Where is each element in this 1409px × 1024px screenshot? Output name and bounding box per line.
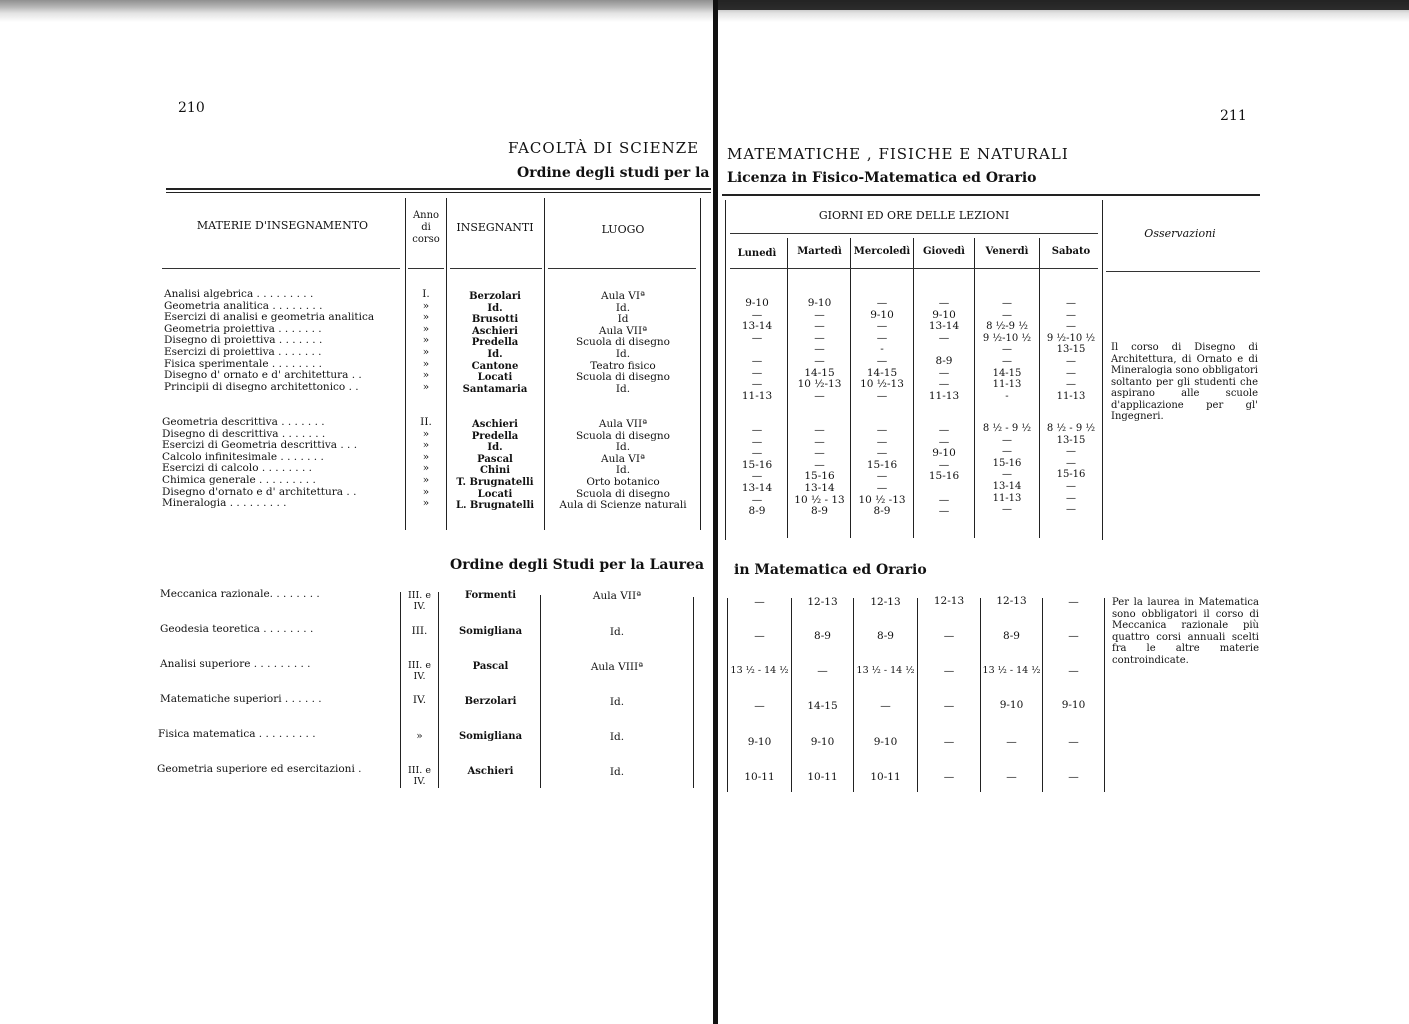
laurea-luogo: Id. [542, 626, 692, 638]
header-anno: Anno di corso [406, 210, 446, 246]
teacher: Id. [448, 303, 542, 315]
year2-subjects: Geometria descrittiva . . . . . . . Dise… [162, 417, 357, 510]
anno: I. [410, 289, 442, 301]
slot: — [975, 298, 1039, 310]
slot: — [727, 425, 787, 437]
slot: — [975, 446, 1039, 458]
laurea-heading-left: Ordine degli Studi per la Laurea [450, 557, 704, 573]
slot: 9 ½-10 ½ [975, 333, 1039, 345]
col-divider [693, 597, 694, 788]
location: Id. [546, 349, 700, 361]
year2-venerdi: 8 ½ - 9 ½ — — 15-16 — 13-14 11-13 — [975, 423, 1039, 516]
year1-insegnanti: Berzolari Id. Brusotti Aschieri Predella… [448, 291, 542, 395]
laurea-anno: IV. [401, 694, 438, 706]
col-divider [727, 598, 728, 792]
slot: 11-13 [975, 493, 1039, 505]
year2-sabato: 8 ½ - 9 ½ 13-15 — — 15-16 — — — [1040, 423, 1102, 516]
teacher: Pascal [448, 454, 542, 466]
slot: — [1043, 736, 1104, 748]
teacher: Santamaria [448, 384, 542, 396]
slot: — [918, 700, 980, 712]
slot: — [918, 630, 980, 642]
year1-lunedi: 9-10 — 13-14 — — — — 11-13 [727, 298, 787, 402]
header-underline [408, 268, 444, 269]
slot: 8-9 [981, 630, 1042, 642]
slot: 13-14 [789, 483, 850, 495]
slot: 8-9 [727, 506, 787, 518]
col-divider [446, 198, 447, 530]
slot: 12-13 [854, 596, 917, 608]
slot: — [1040, 321, 1102, 333]
day-divider [787, 238, 788, 538]
observation-licenza: Il corso di Disegno di Architettura, di … [1111, 342, 1258, 423]
slot: 10 ½-13 [789, 379, 850, 391]
year1-subjects: Analisi algebrica . . . . . . . . . Geom… [164, 289, 374, 393]
slot: — [914, 425, 974, 437]
slot: 8-9 [851, 506, 913, 518]
page-subtitle-right: Licenza in Fisico-Matematica ed Orario [727, 170, 1037, 186]
slot: — [1040, 310, 1102, 322]
subject: Principii di disegno architettonico . . [164, 382, 374, 394]
slot: 11-13 [914, 391, 974, 403]
location: Aula VIª [546, 291, 700, 303]
year1-sabato: — — — 9 ½-10 ½ 13-15 — — — 11-13 [1040, 298, 1102, 402]
anno: » [410, 382, 442, 394]
slot: — [975, 469, 1039, 481]
observation-laurea: Per la laurea in Matematica sono obbliga… [1112, 597, 1259, 666]
slot: 13-14 [975, 481, 1039, 493]
slot: — [975, 310, 1039, 322]
slot: 8-9 [789, 506, 850, 518]
teacher: Brusotti [448, 314, 542, 326]
subject: Geometria descrittiva . . . . . . . [162, 417, 357, 429]
slot: — [851, 483, 913, 495]
teacher: Id. [448, 349, 542, 361]
slot: — [914, 506, 974, 518]
slot: — [914, 379, 974, 391]
slot: 12-13 [792, 596, 853, 608]
day-divider [1042, 598, 1043, 792]
page-title-right: MATEMATICHE , FISICHE E NATURALI [727, 145, 1069, 163]
day-underline [730, 268, 1098, 269]
col-divider [540, 595, 541, 788]
slot: 13-14 [727, 483, 787, 495]
teacher: Chini [448, 465, 542, 477]
col-divider [700, 198, 701, 530]
col-divider [438, 592, 439, 788]
teacher: Predella [448, 431, 542, 443]
slot: 14-15 [975, 368, 1039, 380]
page-number-right: 211 [1220, 108, 1247, 124]
laurea-insegnante: Somigliana [441, 731, 540, 742]
day-header-sabato: Sabato [1040, 246, 1102, 257]
slot: — [1040, 298, 1102, 310]
header-luogo: LUOGO [546, 224, 700, 236]
slot: 15-16 [975, 458, 1039, 470]
slot: — [1040, 379, 1102, 391]
header-anno-1: Anno [406, 210, 446, 222]
laurea-insegnante: Formenti [441, 590, 540, 601]
slot: 9-10 [789, 298, 850, 310]
slot: 11-13 [1040, 391, 1102, 403]
laurea-materia: Analisi superiore . . . . . . . . . [160, 658, 311, 670]
year1-martedi: 9-10 — — — — — 14-15 10 ½-13 — [789, 298, 850, 402]
location: Orto botanico [546, 477, 700, 489]
slot: — [728, 700, 791, 712]
slot: — [918, 771, 980, 783]
anno: » [410, 475, 442, 487]
col-divider [400, 592, 401, 788]
teacher: T. Brugnatelli [448, 477, 542, 489]
slot: — [1040, 481, 1102, 493]
page-subtitle-left: Ordine degli studi per la [517, 165, 709, 181]
location: Aula di Scienze naturali [546, 500, 700, 512]
slot: — [981, 736, 1042, 748]
header-giorni: GIORNI ED ORE DELLE LEZIONI [728, 210, 1100, 222]
laurea-anno: III. e IV. [401, 660, 438, 682]
slot: 10-11 [792, 771, 853, 783]
col-divider [1102, 200, 1103, 540]
laurea-insegnante: Berzolari [441, 696, 540, 707]
teacher: Berzolari [448, 291, 542, 303]
slot: 8-9 [792, 630, 853, 642]
slot: 12-13 [918, 595, 980, 607]
laurea-luogo: Id. [542, 731, 692, 743]
slot: 9-10 [728, 736, 791, 748]
laurea-anno: » [401, 730, 438, 742]
year2-lunedi: — — — 15-16 — 13-14 — 8-9 [727, 425, 787, 518]
subject: Analisi algebrica . . . . . . . . . [164, 289, 374, 301]
slot: — [1043, 771, 1104, 783]
slot: — [975, 435, 1039, 447]
header-rule-right [722, 194, 1260, 196]
slot: 8 ½ - 9 ½ [975, 423, 1039, 435]
teacher: Locati [448, 372, 542, 384]
anno: » [410, 347, 442, 359]
slot: 9-10 [1043, 699, 1104, 711]
header-anno-3: corso [406, 234, 446, 246]
slot: — [789, 356, 850, 368]
slot: 10-11 [854, 771, 917, 783]
day-header-venerdi: Venerdì [975, 246, 1039, 257]
year1-giovedi: — 9-10 13-14 — 8-9 — — 11-13 [914, 298, 974, 402]
year2-giovedi: — — 9-10 — 15-16 — — [914, 425, 974, 518]
slot: — [975, 504, 1039, 516]
slot: 8 ½-9 ½ [975, 321, 1039, 333]
header-rule-left [166, 188, 711, 190]
slot: — [1040, 368, 1102, 380]
slot: — [1040, 446, 1102, 458]
slot: 8 ½ - 9 ½ [1040, 423, 1102, 435]
day-header-giovedi: Giovedì [914, 246, 974, 257]
laurea-insegnante: Pascal [441, 661, 540, 672]
slot: 9-10 [727, 298, 787, 310]
header-materie: MATERIE D'INSEGNAMENTO [165, 220, 400, 232]
book-spine [713, 0, 718, 1024]
slot: — [728, 596, 791, 608]
page-number-left: 210 [178, 100, 205, 116]
header-underline [548, 268, 696, 269]
col-divider [1104, 598, 1105, 792]
slot: — [1043, 596, 1104, 608]
year2-insegnanti: Aschieri Predella Id. Pascal Chini T. Br… [448, 419, 542, 512]
slot: — [789, 391, 850, 403]
header-underline [162, 268, 400, 269]
year2-anno: II. » » » » » » » [410, 417, 442, 510]
subject: Mineralogia . . . . . . . . . [162, 498, 357, 510]
col-divider [544, 198, 545, 530]
laurea-luogo: Id. [542, 696, 692, 708]
teacher: Predella [448, 337, 542, 349]
header-underline [730, 233, 1098, 234]
slot: — [1040, 504, 1102, 516]
year1-anno: I. » » » » » » » » [410, 289, 442, 393]
slot: 10-11 [728, 771, 791, 783]
slot: — [851, 391, 913, 403]
day-divider [791, 598, 792, 792]
anno: » [410, 498, 442, 510]
slot: — [1040, 458, 1102, 470]
slot: 13 ½ - 14 ½ [981, 665, 1042, 676]
slot: — [727, 356, 787, 368]
slot: - [975, 391, 1039, 403]
year1-mercoledi: — 9-10 — — - — 14-15 10 ½-13 — [851, 298, 913, 402]
day-header-lunedi: Lunedì [727, 248, 787, 259]
teacher: Cantone [448, 361, 542, 373]
laurea-anno: III. e IV. [401, 590, 438, 612]
slot: 10 ½-13 [851, 379, 913, 391]
subject: Esercizi di proiettiva . . . . . . . [164, 347, 374, 359]
slot: 12-13 [981, 595, 1042, 607]
laurea-luogo: Aula VIIIª [542, 661, 692, 673]
laurea-materia: Matematiche superiori . . . . . . [160, 693, 322, 705]
laurea-anno: III. [401, 625, 438, 637]
slot: — [792, 665, 853, 677]
location: Id. [546, 384, 700, 396]
page-title-left: FACOLTÀ DI SCIENZE [508, 139, 699, 157]
slot [914, 483, 974, 495]
anno: II. [410, 417, 442, 429]
header-osservazioni: Osservazioni [1105, 227, 1255, 240]
laurea-insegnante: Aschieri [441, 766, 540, 777]
slot: — [975, 356, 1039, 368]
scan-noise-top-right [715, 0, 1409, 10]
slot: 9-10 [981, 699, 1042, 711]
day-divider [980, 598, 981, 792]
slot: 11-13 [975, 379, 1039, 391]
slot: — [854, 700, 917, 712]
teacher: Aschieri [448, 419, 542, 431]
year2-mercoledi: — — — 15-16 — — 10 ½ -13 8-9 [851, 425, 913, 518]
teacher: Locati [448, 489, 542, 501]
teacher: Aschieri [448, 326, 542, 338]
slot: — [727, 379, 787, 391]
slot: 11-13 [727, 391, 787, 403]
year1-venerdi: — — 8 ½-9 ½ 9 ½-10 ½ — — 14-15 11-13 - [975, 298, 1039, 402]
slot: 9-10 [792, 736, 853, 748]
slot: 8-9 [914, 356, 974, 368]
header-insegnanti: INSEGNANTI [448, 222, 542, 234]
year2-luogo: Aula VIIª Scuola di disegno Id. Aula VIª… [546, 419, 700, 512]
laurea-anno: III. e IV. [401, 765, 438, 787]
col-divider [725, 200, 726, 540]
slot: 8-9 [854, 630, 917, 642]
slot: — [975, 344, 1039, 356]
laurea-materia: Meccanica razionale. . . . . . . . [160, 588, 320, 600]
slot: — [1040, 493, 1102, 505]
slot: 13-15 [1040, 344, 1102, 356]
laurea-materia: Geometria superiore ed esercitazioni . [157, 763, 361, 775]
laurea-insegnante: Somigliana [441, 626, 540, 637]
slot: — [1043, 630, 1104, 642]
day-divider [853, 598, 854, 792]
header-underline [1106, 271, 1260, 272]
day-header-martedi: Martedì [789, 246, 850, 257]
slot: — [851, 356, 913, 368]
col-divider [405, 198, 406, 530]
slot: — [851, 298, 913, 310]
location: Scuola di disegno [546, 372, 700, 384]
slot: — [981, 771, 1042, 783]
slot: — [1040, 356, 1102, 368]
slot: 14-15 [792, 700, 853, 712]
location: Aula VIIª [546, 419, 700, 431]
header-underline [450, 268, 542, 269]
subject: Disegno d' ornato e d' architettura . . [164, 370, 374, 382]
laurea-materia: Fisica matematica . . . . . . . . . [158, 728, 316, 740]
slot: — [914, 298, 974, 310]
laurea-luogo: Id. [542, 766, 692, 778]
laurea-heading-right: in Matematica ed Orario [734, 562, 927, 578]
laurea-materia: Geodesia teoretica . . . . . . . . [160, 623, 313, 635]
day-header-mercoledi: Mercoledì [851, 246, 913, 257]
slot: — [918, 736, 980, 748]
slot: 13 ½ - 14 ½ [854, 665, 917, 676]
slot: 9-10 [854, 736, 917, 748]
header-rule-left-2 [166, 192, 711, 193]
slot: — [918, 665, 980, 677]
header-anno-2: di [406, 222, 446, 234]
slot: 13-15 [1040, 435, 1102, 447]
anno: » [410, 370, 442, 382]
slot: — [789, 425, 850, 437]
slot: 13 ½ - 14 ½ [728, 665, 791, 676]
slot: — [851, 425, 913, 437]
teacher: L. Brugnatelli [448, 500, 542, 512]
slot: 15-16 [1040, 469, 1102, 481]
laurea-luogo: Aula VIIª [542, 590, 692, 602]
year2-martedi: — — — — 15-16 13-14 10 ½ - 13 8-9 [789, 425, 850, 518]
subject: Chimica generale . . . . . . . . . [162, 475, 357, 487]
slot: 9 ½-10 ½ [1040, 333, 1102, 345]
teacher: Id. [448, 442, 542, 454]
slot: — [1043, 665, 1104, 677]
year1-luogo: Aula VIª Id. Id Aula VIIª Scuola di dise… [546, 291, 700, 395]
slot: — [728, 630, 791, 642]
day-divider [917, 598, 918, 792]
